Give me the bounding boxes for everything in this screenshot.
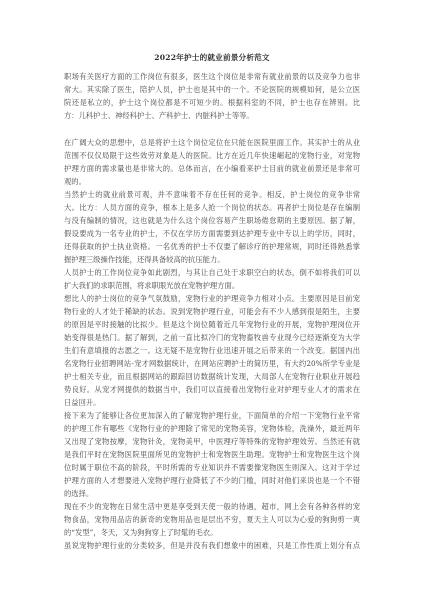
paragraph-line: 势良好。从宠才网提供的数据当中，我们可以直接看出宠物行业对护理专业人才的需求在 [64, 383, 360, 396]
paragraph-line: 虽说宠物护理行业的分类较多，但是并没有我们想象中的困难，只是工作性质上划分有点 [64, 539, 360, 552]
paragraph-line: 护士相关专业，而且根据网站的跟踪回访数据统计发现，大局部人在宠物行业职业开展趋 [64, 370, 360, 383]
paragraph-line: 想比人的护士岗位的竞争气氛鼓励，宠物行业的护理竞争力相对小点。主要原因是目前宠 [64, 292, 360, 305]
paragraph: 在广阔大众的思想中，总是将护士这个岗位定位在只能在医院里面工作。其实护士的从业范… [64, 136, 360, 188]
document-body: 职场有关医疗方面的工作岗位有很多，医生这个岗位是非常有就业前景的以及竞争力也非常… [64, 70, 360, 552]
paragraph-line: 方：儿科护士、神经科护士、产科护士、内脏科护士等等。 [64, 109, 360, 122]
paragraph-line: 在广阔大众的思想中，总是将护士这个岗位定位在只能在医院里面工作。其实护士的从业 [64, 136, 360, 149]
paragraph-line: 物行业的人才处于稀缺的状态。说到宠物护理行业，可能会有不少人感到很是陌生，主要 [64, 305, 360, 318]
paragraph-line: 的护理工作有哪些《宠物行业的护理除了常见的宠物美容，宠物体检，洗澡外，最近两年 [64, 422, 360, 435]
paragraph: 职场有关医疗方面的工作岗位有很多，医生这个岗位是非常有就业前景的以及竞争力也非常… [64, 70, 360, 122]
paragraph-line: 的选择。 [64, 487, 360, 500]
paragraph: 想比人的护士岗位的竞争气氛鼓励，宠物行业的护理竞争力相对小点。主要原因是目前宠物… [64, 292, 360, 409]
document-title: 2022年护士的就业前景分析范文 [0, 52, 424, 64]
paragraph-line: 的“发型”，冬天，又为狗狗穿上了时髦的毛衣。 [64, 526, 360, 539]
paragraph-line: 观的。 [64, 175, 360, 188]
paragraph-line: 是我们平时在宠物医院里面所见的宠物护士和宠物医生助理。宠物护士和宠物医生这个岗 [64, 448, 360, 461]
paragraph-line: 护理方面的需求量也是非常大的。总体而言，在小编看来护士目前的就业前景还是非常可 [64, 162, 360, 175]
paragraph: 现在不少的宠物在日常生活中更是享受到天使一般的待遇，超市，网上会有各种各样的宠物… [64, 500, 360, 539]
paragraph-line: 名宠物行业招聘网站-宠才网数据统计，在网站应聘护士的简历里，有大约20%所学专业… [64, 357, 360, 370]
paragraph-line: 当然护士的就业前景可观，并不意味着不存在任何的竞争。相反，护士岗位的竞争非常 [64, 188, 360, 201]
paragraph-line: 人员护士的工作岗位竞争如此剧烈，与其让自己处于求职空白的状态，倒不如将我们可以 [64, 266, 360, 279]
paragraph: 人员护士的工作岗位竞争如此剧烈，与其让自己处于求职空白的状态，倒不如将我们可以扩… [64, 266, 360, 292]
paragraph-line: 范围不仅仅局限于这些效劳对象是人的医院。比方在近几年快速崛起的宠物行业，对宠物 [64, 149, 360, 162]
paragraph-line: 假设要成为一名专业的护士，不仅在学历方面需要到达护理专业中专以上的学历，同时， [64, 227, 360, 240]
paragraph-line: 职场有关医疗方面的工作岗位有很多，医生这个岗位是非常有就业前景的以及竞争力也非 [64, 70, 360, 83]
paragraph-line: 位时属于职位不高的阶段，平时所需的专业知识并不需要像宠物医生则深入。这对于学过 [64, 461, 360, 474]
paragraph-line: 扩大我们的求职范围，将求职眼光放在宠物护理方面。 [64, 279, 360, 292]
paragraph-line: 院还是私立的，护士这个岗位都是不可短少的。根据科室的不同，护士也存在辨别。比 [64, 96, 360, 109]
paragraph-line: 护理方面的人才想要进入宠物护理行业降低了不少的门槛，同时对他们来说也是一个不错 [64, 474, 360, 487]
paragraph-line: 又出现了宠物按摩，宠物针灸，宠物美甲，中医理疗等特殊的宠物护理效劳。当然还有就 [64, 435, 360, 448]
paragraph-line: 的原因是平时接触的比拟少。但是这个岗位随着近几年宠物行业的开展，宠物护理岗位开 [64, 318, 360, 331]
paragraph-line: 接下来为了能够让各位更加深入的了解宠物护理行业，下面简单的介绍一下宠物行业平常 [64, 409, 360, 422]
paragraph: 接下来为了能够让各位更加深入的了解宠物护理行业，下面简单的介绍一下宠物行业平常的… [64, 409, 360, 500]
paragraph: 当然护士的就业前景可观，并不意味着不存在任何的竞争。相反，护士岗位的竞争非常大。… [64, 188, 360, 266]
paragraph: 虽说宠物护理行业的分类较多，但是并没有我们想象中的困难，只是工作性质上划分有点 [64, 539, 360, 552]
paragraph-line: 生们有意填报的志愿之一。这无疑不是宠物行业迅速开展之后带来的一个改变。据国内出 [64, 344, 360, 357]
paragraph-line: 现在不少的宠物在日常生活中更是享受到天使一般的待遇，超市，网上会有各种各样的宠 [64, 500, 360, 513]
paragraph-spacer [64, 122, 360, 136]
document-page: 2022年护士的就业前景分析范文 职场有关医疗方面的工作岗位有很多，医生这个岗位… [0, 0, 424, 600]
paragraph-line: 常大。其实除了医生，陪护人员，护士也是其中的一个。不论医院的规模如何，是公立医 [64, 83, 360, 96]
paragraph-line: 日益回升。 [64, 396, 360, 409]
paragraph-line: 握护理三级操作技能，还得具备较高的抗压能力。 [64, 253, 360, 266]
paragraph-line: 与没有编制的情况，这也就是为什么这个岗位容易产生职场倦怠期的主要原因。据了解， [64, 214, 360, 227]
paragraph-line: 还得获取的护士执业资格。一名优秀的护士不仅要了解诊疗的护理常规，同时还得熟悉掌 [64, 240, 360, 253]
paragraph-line: 始变得很是热门。据了解到，之前一直比拟冷门的宠物畜牧兽专业现今已经逐渐变为大学 [64, 331, 360, 344]
paragraph-line: 物食品，宠物用品店的新奇的宠物用品也是层出不穷，夏天主人可以为心爱的狗狗剪一爽 [64, 513, 360, 526]
paragraph-line: 大。比方：人员方面的竞争，根本上是多人抢一个岗位的状态。再者护士岗位是存在编制 [64, 201, 360, 214]
